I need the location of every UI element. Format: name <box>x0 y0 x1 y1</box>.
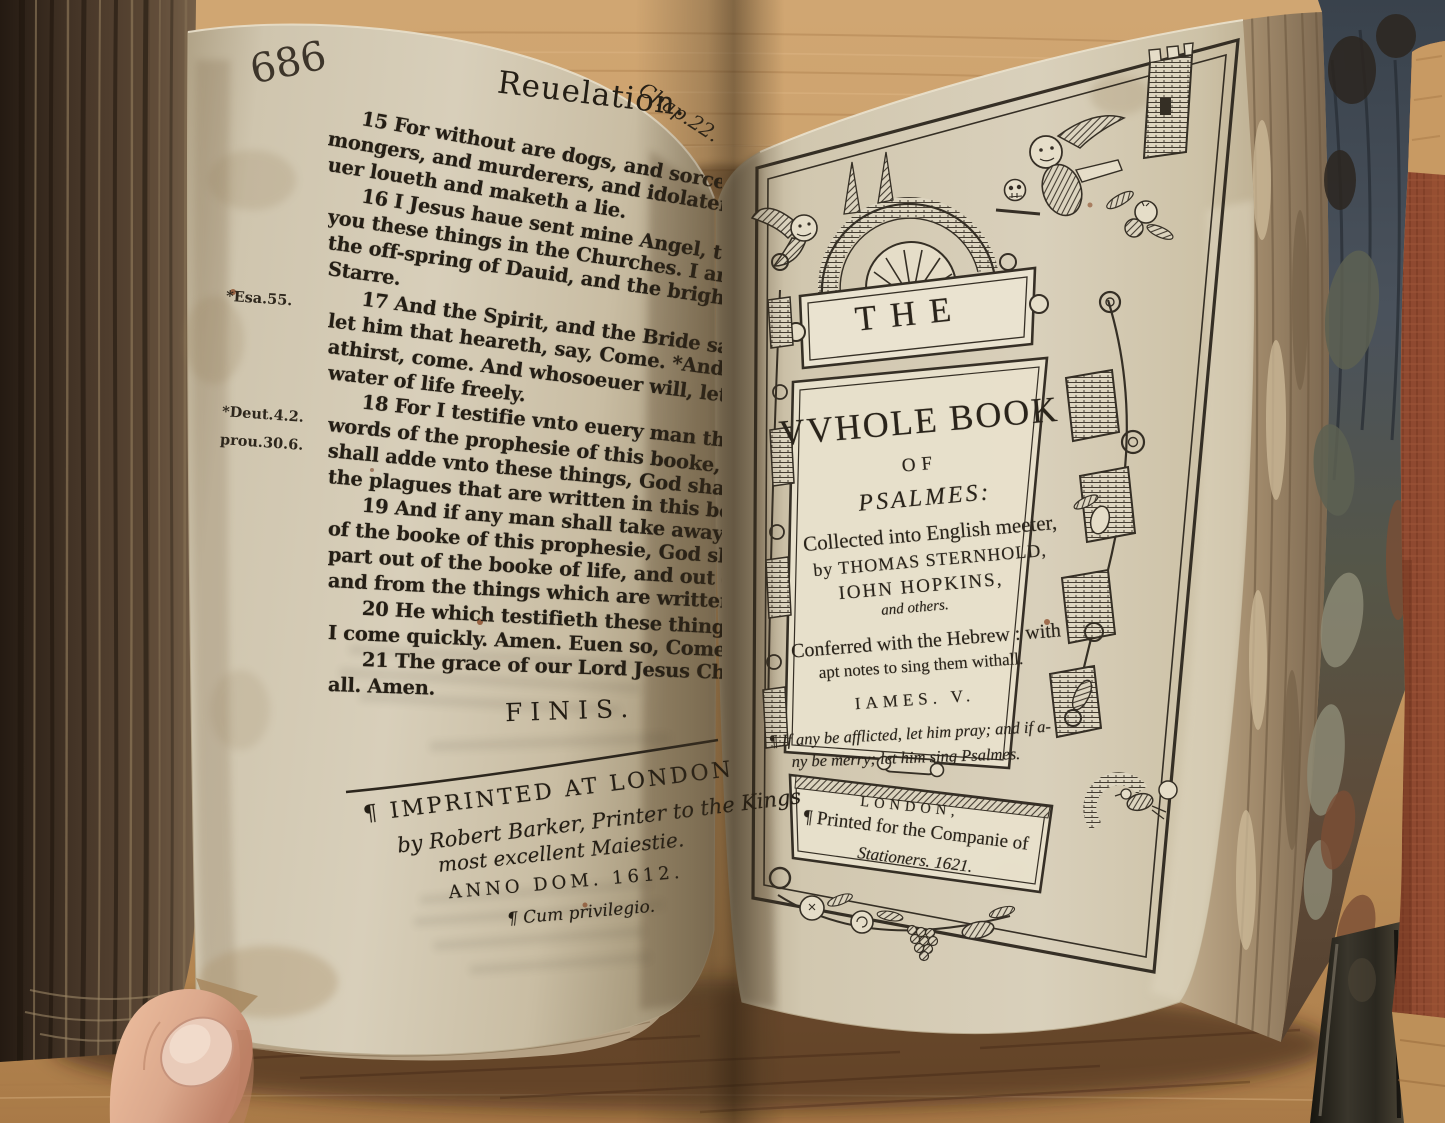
scene <box>0 0 1445 1123</box>
finis-label: FINIS. <box>505 694 637 728</box>
tower-ornament <box>1144 43 1193 158</box>
photo-of-open-antique-book: 686 Reuelation. Chap.22. *Esa.55. *Deut.… <box>0 0 1445 1123</box>
book-spine <box>0 0 196 1070</box>
wood-gap-top-right <box>1408 41 1445 175</box>
scripture-text-block: 15 For without are dogs, and sorcerers, … <box>328 100 722 742</box>
